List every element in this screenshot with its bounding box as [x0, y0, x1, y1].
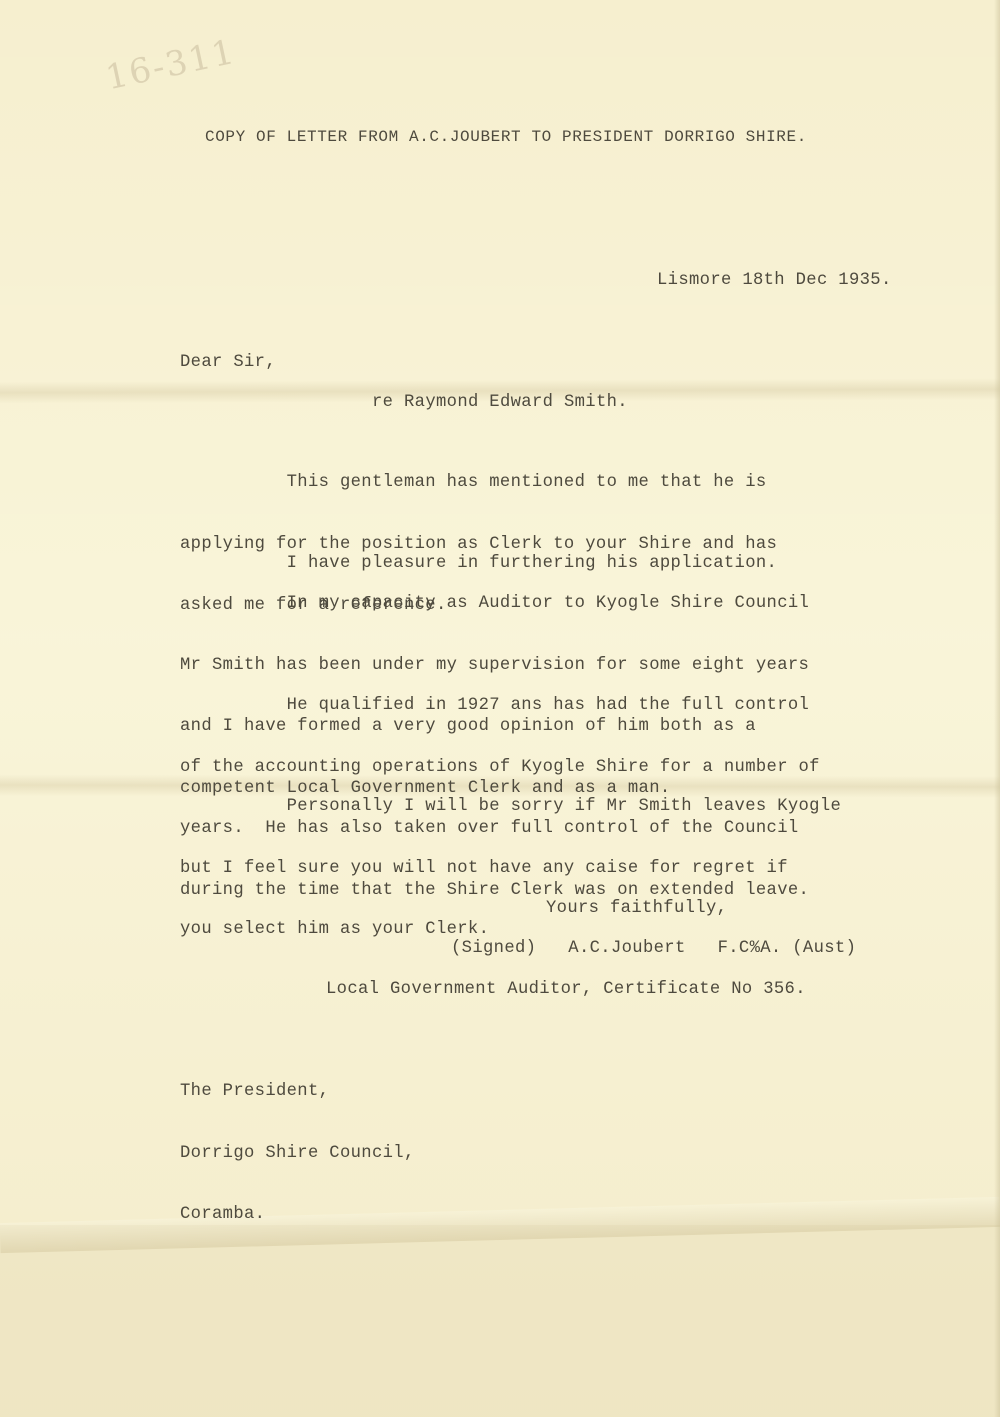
- paragraph-line: In my capacity as Auditor to Kyogle Shir…: [180, 594, 809, 615]
- recipient-address: The President, Dorrigo Shire Council, Co…: [180, 1041, 415, 1246]
- salutation: Dear Sir,: [180, 353, 276, 374]
- paragraph-line: but I feel sure you will not have any ca…: [180, 859, 841, 880]
- signature-line: (Signed) A.C.Joubert F.C%A. (Aust): [451, 939, 856, 960]
- paragraph-line: This gentleman has mentioned to me that …: [180, 473, 777, 494]
- paragraph-line: you select him as your Clerk.: [180, 920, 841, 941]
- address-line: Dorrigo Shire Council,: [180, 1144, 415, 1165]
- paragraph-line: He qualified in 1927 ans has had the ful…: [180, 696, 820, 717]
- address-line: Coramba.: [180, 1205, 415, 1226]
- subject-line: re Raymond Edward Smith.: [372, 393, 628, 414]
- address-line: The President,: [180, 1082, 415, 1103]
- paragraph-5: Personally I will be sorry if Mr Smith l…: [180, 756, 841, 961]
- paper-lower-fold-panel: [0, 1225, 1000, 1417]
- closing: Yours faithfully,: [546, 899, 727, 920]
- signer-title: Local Government Auditor, Certificate No…: [326, 980, 806, 1001]
- paper-edge: [994, 0, 1000, 1417]
- place-date: Lismore 18th Dec 1935.: [657, 271, 892, 292]
- paragraph-line: Personally I will be sorry if Mr Smith l…: [180, 797, 841, 818]
- letter-heading: COPY OF LETTER FROM A.C.JOUBERT TO PRESI…: [205, 127, 807, 148]
